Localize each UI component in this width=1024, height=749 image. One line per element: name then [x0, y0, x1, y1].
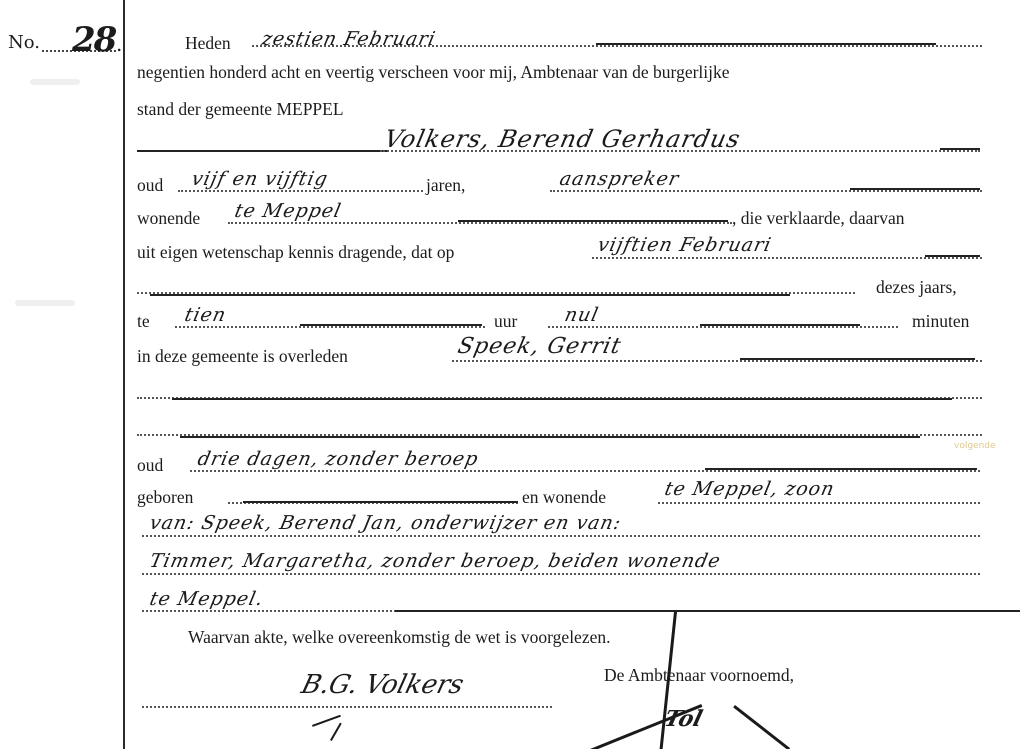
rule — [850, 188, 980, 190]
certificate-page: No. 28 . Heden zestien Februari negentie… — [0, 0, 1024, 749]
rule — [596, 43, 936, 45]
rule — [925, 255, 980, 257]
death-minutes: nul — [563, 304, 601, 326]
fill-line — [142, 573, 980, 575]
fill-line — [178, 190, 423, 192]
rule — [395, 610, 1020, 612]
label-wonende: wonende — [137, 207, 200, 229]
deceased-name: Speek, Gerrit — [456, 336, 624, 358]
rule — [180, 436, 920, 438]
official-signature-stroke — [733, 705, 790, 749]
label-jaren: jaren, — [426, 174, 465, 196]
line-heden: Heden — [185, 32, 231, 54]
fill-line — [190, 470, 980, 472]
parents-line-1: van: Speek, Berend Jan, onderwijzer en v… — [148, 512, 624, 534]
rule — [705, 468, 977, 470]
rule — [243, 501, 518, 503]
fill-line — [228, 222, 732, 224]
rule — [300, 324, 482, 326]
number-period: . — [116, 32, 122, 56]
declarant-name: Volkers, Berend Gerhardus — [383, 128, 743, 150]
death-date: vijftien Februari — [596, 234, 774, 256]
fill-line — [550, 190, 982, 192]
line-10: in deze gemeente is overleden — [137, 345, 348, 367]
label-minuten: minuten — [912, 310, 969, 332]
rule — [172, 398, 952, 400]
line-8-suffix: dezes jaars, — [876, 276, 957, 298]
label-oud-deceased: oud — [137, 454, 163, 476]
rule — [150, 294, 790, 296]
label-en-wonende: en wonende — [522, 486, 606, 508]
rule — [700, 324, 860, 326]
margin-smudge — [30, 79, 80, 85]
official-title: De Ambtenaar voornoemd, — [604, 664, 794, 686]
margin-smudge — [15, 300, 75, 306]
rule — [137, 150, 387, 152]
declarant-age: vijf en vijftig — [190, 168, 331, 190]
line-7: uit eigen wetenschap kennis dragende, da… — [137, 241, 454, 263]
declarant-occupation: aanspreker — [558, 168, 682, 190]
label-geboren: geboren — [137, 486, 193, 508]
closing-statement: Waarvan akte, welke overeenkomstig de we… — [188, 626, 610, 648]
parents-line-3: te Meppel. — [148, 588, 266, 610]
label-oud: oud — [137, 174, 163, 196]
signature-line — [142, 706, 552, 708]
rule — [940, 148, 980, 150]
fill-line — [548, 326, 898, 328]
label-uur: uur — [494, 310, 517, 332]
certificate-number: 28 — [72, 20, 115, 60]
death-hour: tien — [183, 304, 229, 326]
line-6-suffix: , die verklaarde, daarvan — [732, 207, 904, 229]
fill-line — [452, 360, 982, 362]
deceased-age-occupation: drie dagen, zonder beroep — [196, 448, 481, 470]
label-te: te — [137, 310, 150, 332]
deceased-residence: te Meppel, zoon — [663, 478, 837, 500]
fill-line — [658, 502, 980, 504]
parents-line-2: Timmer, Margaretha, zonder beroep, beide… — [148, 550, 723, 572]
rule — [458, 220, 728, 222]
fill-line — [175, 326, 485, 328]
line-3: stand der gemeente MEPPEL — [137, 98, 344, 120]
fill-line — [252, 45, 982, 47]
number-label: No. — [8, 32, 40, 53]
signature-flourish — [312, 715, 341, 727]
fill-line — [592, 257, 982, 259]
declarant-residence: te Meppel — [233, 200, 344, 222]
official-signature-initials: Tol — [662, 706, 705, 732]
margin-rule — [123, 0, 125, 749]
next-page-link[interactable]: volgende — [954, 441, 996, 451]
fill-line — [142, 535, 980, 537]
line-2: negentien honderd acht en veertig versch… — [137, 61, 730, 83]
rule — [740, 358, 975, 360]
declarant-signature: B.G. Volkers — [298, 670, 466, 700]
signature-flourish — [330, 723, 342, 741]
